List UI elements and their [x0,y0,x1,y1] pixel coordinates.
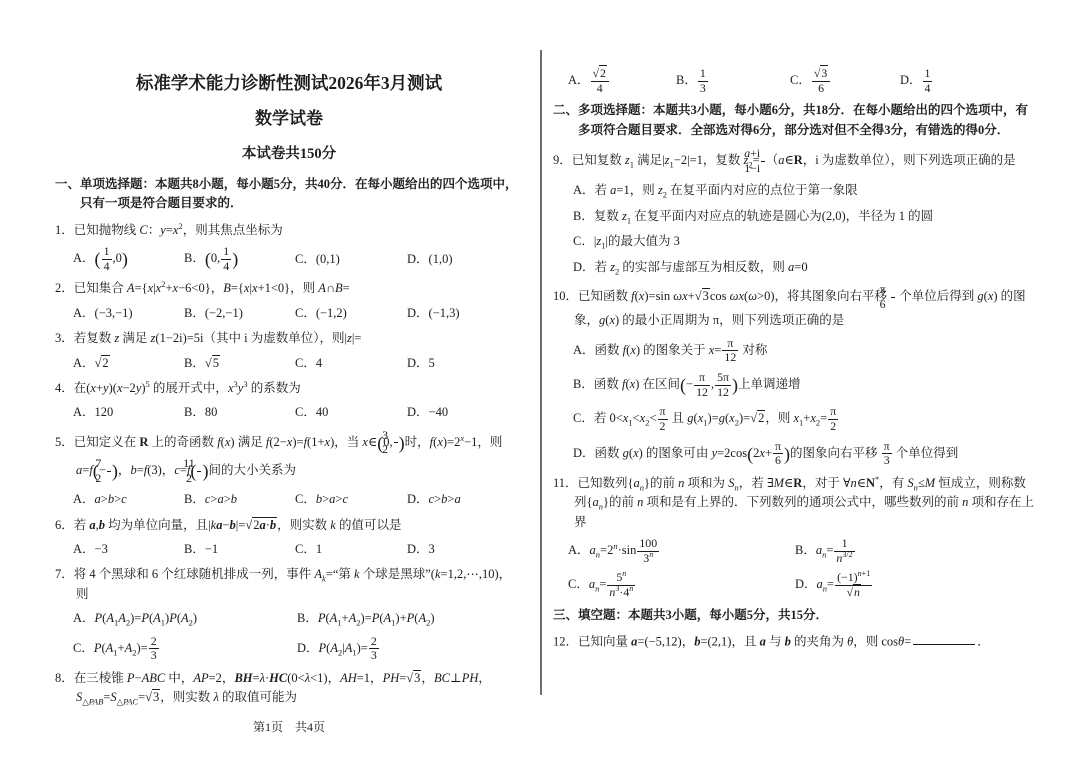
question-7-options-row-2: C．P(A1+A2)=23 D．P(A2|A1)=23 [55,635,523,663]
question-5: 5．已知定义在 R 上的奇函数 f(x) 满足 f(2−x)=f(1+x)，当 … [55,429,523,510]
question-12: 12．已知向量 a=(−5,12)，b=(2,1)，且 a 与 b 的夹角为 θ… [553,632,1035,652]
score-note: 本试卷共150分 [55,143,523,165]
option-b: B．(−2,−1) [184,304,295,323]
option-a: A．(14,0) [73,245,184,273]
question-1-stem: 1．已知抛物线 C：y=x2，则其焦点坐标为 [55,221,523,240]
question-11: 11．已知数列{an}的前 n 项和为 Sn，若 ∃M∈R，对于 ∀n∈N*，有… [553,474,1035,600]
option-c: C．(−1,2) [295,304,407,323]
question-8-options: A．√24 B．13 C．√36 D．14 [553,67,1035,95]
question-6-stem: 6．若 a,b 均为单位向量，且|ka−b|=√2a·b，则实数 k 的值可以是 [55,516,523,535]
option-c: C．P(A1+A2)=23 [73,635,297,663]
option-b: B．(0,14) [184,245,295,273]
right-column: A．√24 B．13 C．√36 D．14 二、多项选择题：本题共3小题，每小题… [553,62,1035,658]
question-9-stem: 9．已知复数 z1 满足|z1−2|=1，复数 z2=a+i1−i（a∈R，i … [553,147,1035,175]
question-8-stem: 8．在三棱锥 P−ABC 中，AP=2，BH=λ·HC(0<λ<1)，AH=1，… [55,669,523,708]
question-9: 9．已知复数 z1 满足|z1−2|=1，复数 z2=a+i1−i（a∈R，i … [553,147,1035,277]
question-2-options: A．(−3,−1) B．(−2,−1) C．(−1,2) D．(−1,3) [55,304,523,323]
question-4-stem: 4．在(x+y)(x−2y)5 的展开式中，x3y3 的系数为 [55,379,523,398]
question-3-options: A．√2 B．√5 C．4 D．5 [55,354,523,373]
option-d: D．c>b>a [407,490,523,509]
question-12-stem: 12．已知向量 a=(−5,12)，b=(2,1)，且 a 与 b 的夹角为 θ… [553,632,1035,652]
page-footer: 第1页 共4页 [55,718,523,737]
option-c: C．4 [295,354,407,373]
option-a: A．函数 f(x) 的图象关于 x=π12 对称 [553,337,1035,365]
question-6: 6．若 a,b 均为单位向量，且|ka−b|=√2a·b，则实数 k 的值可以是… [55,516,523,560]
option-a: A．P(A1A2)=P(A1)P(A2) [73,609,297,628]
option-c: C．an=5nn3·4n [568,571,795,599]
option-b: B．复数 z1 在复平面内对应点的轨迹是圆心为(2,0)，半径为 1 的圆 [553,207,1035,226]
option-c: C．1 [295,540,407,559]
option-c: C．40 [295,403,407,422]
option-a: A．若 a=1，则 z2 在复平面内对应的点位于第一象限 [553,181,1035,200]
option-a: A．√24 [568,67,676,95]
page-subtitle: 数学试卷 [55,106,523,132]
option-d: D．(1,0) [407,250,523,269]
question-6-options: A．−3 B．−1 C．1 D．3 [55,540,523,559]
section-1-header: 一、单项选择题：本题共8小题，每小题5分，共40分．在每小题给出的四个选项中，只… [55,175,523,214]
question-5-stem: 5．已知定义在 R 上的奇函数 f(x) 满足 f(2−x)=f(1+x)，当 … [55,429,523,486]
question-3: 3．若复数 z 满足 z(1−2i)=5i（其中 i 为虚数单位），则|z|= … [55,329,523,373]
left-column: 标准学术能力诊断性测试2026年3月测试 数学试卷 本试卷共150分 一、单项选… [55,70,523,736]
option-c: C．b>a>c [295,490,407,509]
option-c: C．|z1|的最大值为 3 [553,232,1035,251]
option-c: C．√36 [790,67,900,95]
question-3-stem: 3．若复数 z 满足 z(1−2i)=5i（其中 i 为虚数单位），则|z|= [55,329,523,348]
option-d: D．an=(−1)n+1√n [795,571,1035,599]
option-d: D．函数 g(x) 的图象可由 y=2cos(2x+π6)的图象向右平移 π3 … [553,440,1035,468]
option-c: C．若 0<x1<x2<π2 且 g(x1)=g(x2)=√2，则 x1+x2=… [553,405,1035,433]
option-b: B．an=1n3/2 [795,537,1035,565]
option-d: D．若 z2 的实部与虚部互为相反数，则 a=0 [553,258,1035,277]
option-a: A．an=2n·sin1003n [568,537,795,565]
question-2-stem: 2．已知集合 A={x|x2+x−6<0}，B={x|x+1<0}，则 A∩B= [55,279,523,298]
option-a: A．−3 [73,540,184,559]
option-d: D．P(A2|A1)=23 [297,635,523,663]
question-2: 2．已知集合 A={x|x2+x−6<0}，B={x|x+1<0}，则 A∩B=… [55,279,523,323]
question-8: 8．在三棱锥 P−ABC 中，AP=2，BH=λ·HC(0<λ<1)，AH=1，… [55,669,523,708]
question-4: 4．在(x+y)(x−2y)5 的展开式中，x3y3 的系数为 A．120 B．… [55,379,523,423]
question-11-options-row-1: A．an=2n·sin1003n B．an=1n3/2 [553,537,1035,565]
option-b: B．−1 [184,540,295,559]
option-d: D．−40 [407,403,523,422]
option-d: D．14 [900,67,1035,95]
option-b: B．13 [676,67,790,95]
option-a: A．a>b>c [73,490,184,509]
option-a: A．120 [73,403,184,422]
column-divider [540,50,542,695]
question-11-stem: 11．已知数列{an}的前 n 项和为 Sn，若 ∃M∈R，对于 ∀n∈N*，有… [553,474,1035,532]
page-title: 标准学术能力诊断性测试2026年3月测试 [55,70,523,97]
option-b: B．P(A1+A2)=P(A1)+P(A2) [297,609,523,628]
question-7-stem: 7．将 4 个黑球和 6 个红球随机排成一列，事件 Ak=“第 k 个球是黑球”… [55,565,523,604]
question-4-options: A．120 B．80 C．40 D．−40 [55,403,523,422]
option-b: B．c>a>b [184,490,295,509]
question-7-options-row-1: A．P(A1A2)=P(A1)P(A2) B．P(A1+A2)=P(A1)+P(… [55,609,523,628]
question-7: 7．将 4 个黑球和 6 个红球随机排成一列，事件 Ak=“第 k 个球是黑球”… [55,565,523,662]
question-10: 10．已知函数 f(x)=sin ωx+√3cos ωx(ω>0)，将其图象向右… [553,283,1035,468]
question-1: 1．已知抛物线 C：y=x2，则其焦点坐标为 A．(14,0) B．(0,14)… [55,221,523,274]
option-a: A．√2 [73,354,184,373]
option-d: D．(−1,3) [407,304,523,323]
section-3-header: 三、填空题：本题共3小题，每小题5分，共15分． [553,606,1035,625]
option-c: C．(0,1) [295,250,407,269]
exam-paper: 标准学术能力诊断性测试2026年3月测试 数学试卷 本试卷共150分 一、单项选… [0,0,1080,759]
option-d: D．3 [407,540,523,559]
option-d: D．5 [407,354,523,373]
question-5-options: A．a>b>c B．c>a>b C．b>a>c D．c>b>a [55,490,523,509]
section-2-header: 二、多项选择题：本题共3小题，每小题6分，共18分．在每小题给出的四个选项中，有… [553,101,1035,140]
option-b: B．80 [184,403,295,422]
question-11-options-row-2: C．an=5nn3·4n D．an=(−1)n+1√n [553,571,1035,599]
question-1-options: A．(14,0) B．(0,14) C．(0,1) D．(1,0) [55,245,523,273]
question-10-stem: 10．已知函数 f(x)=sin ωx+√3cos ωx(ω>0)，将其图象向右… [553,283,1035,331]
option-b: B．函数 f(x) 在区间(−π12,5π12)上单调递增 [553,371,1035,399]
option-b: B．√5 [184,354,295,373]
option-a: A．(−3,−1) [73,304,184,323]
